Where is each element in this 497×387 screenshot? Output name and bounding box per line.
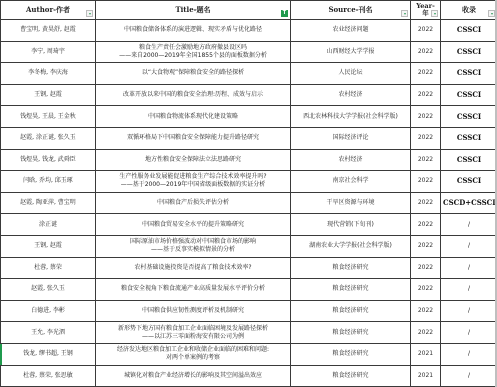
index-filter-button[interactable] xyxy=(488,10,495,17)
cell-year[interactable]: 2022 xyxy=(411,149,441,171)
cell-author[interactable]: 赵霞, 陶亚萍, 曹宝明 xyxy=(1,192,96,214)
cell-source[interactable]: 现代营销(下旬刊) xyxy=(291,214,411,236)
cell-source[interactable]: 粮食经济研究 xyxy=(291,365,411,387)
cell-year[interactable]: 2022 xyxy=(411,171,441,193)
cell-source[interactable]: 粮食经济研究 xyxy=(291,300,411,322)
cell-index[interactable]: / xyxy=(441,322,497,344)
cell-title[interactable]: 改革开放以来中国的粮食安全治理:历程、成效与启示 xyxy=(96,84,291,106)
header-index: 收录 xyxy=(441,1,497,20)
cell-title[interactable]: 中国粮食供应韧性测度评析及机制研究 xyxy=(96,300,291,322)
table-row[interactable]: 钱煜昊, 王晨, 王金秋中国粮食物流体系现代化建设策略西北农林科技大学学报(社会… xyxy=(1,106,497,128)
cell-year[interactable]: 2022 xyxy=(411,106,441,128)
cell-year[interactable]: 2022 xyxy=(411,279,441,301)
cell-author[interactable]: 曹宝明, 黄昊舒, 赵霞 xyxy=(1,20,96,42)
cell-year[interactable]: 2022 xyxy=(411,20,441,42)
cell-source[interactable]: 湖南农业大学学报(社会科学版) xyxy=(291,235,411,257)
title-line: 中国粮食物流体系现代化建设策略 xyxy=(98,113,288,121)
cell-source[interactable]: 粮食经济研究 xyxy=(291,257,411,279)
cell-author[interactable]: 钱龙, 缪书超, 王钢 xyxy=(1,343,96,365)
cell-title[interactable]: 粮食安全视角下粮食流通产业高质量发展水平评价分析 xyxy=(96,279,291,301)
title-line: 新形势下地方国有粮食加工企业面临困境及发展路径探析 xyxy=(98,325,288,333)
table-row[interactable]: 涂正谜中国粮食贸易安全水平的提升策略研究现代营销(下旬刊)2022/ xyxy=(1,214,497,236)
cell-index[interactable]: / xyxy=(441,343,497,365)
cell-index[interactable]: / xyxy=(441,214,497,236)
table-row[interactable]: 曹宝明, 黄昊舒, 赵霞中国粮食储备体系的演进逻辑、现实矛盾与优化路径农业经济问… xyxy=(1,20,497,42)
dropdown-arrow-icon xyxy=(404,13,406,15)
cell-year[interactable]: 2022 xyxy=(411,127,441,149)
cell-title[interactable]: 地方性粮食安全保障法立法思路研究 xyxy=(96,149,291,171)
cell-author[interactable]: 赵霞, 张久玉 xyxy=(1,279,96,301)
cell-title[interactable]: 中国粮食产后损失评估分析 xyxy=(96,192,291,214)
header-title-label: Title-题名 xyxy=(175,5,210,15)
cell-title[interactable]: 中国粮食储备体系的演进逻辑、现实矛盾与优化路径 xyxy=(96,20,291,42)
cell-source[interactable]: 粮食经济研究 xyxy=(291,322,411,344)
cell-author[interactable]: 杜蓉, 蔡荣 xyxy=(1,257,96,279)
title-line: 中国粮食供应韧性测度评析及机制研究 xyxy=(98,307,288,315)
title-line: 经济发达地区粮食加工企业和收储企业面临的困难和问题: xyxy=(98,346,288,354)
cell-author[interactable]: 闫晗, 乔均, 邱玉琢 xyxy=(1,171,96,193)
cell-index[interactable]: / xyxy=(441,300,497,322)
cell-source[interactable]: 农村经济 xyxy=(291,149,411,171)
header-title: Title-题名 T xyxy=(96,1,291,20)
cell-source[interactable]: 山西财经大学学报 xyxy=(291,41,411,63)
title-line: 地方性粮食安全保障法立法思路研究 xyxy=(98,156,288,164)
author-filter-button[interactable] xyxy=(86,10,93,17)
header-index-label: 收录 xyxy=(462,5,476,15)
cell-title[interactable]: 新形势下地方国有粮食加工企业面临困境及发展路径探析——以江苏三零面粉海安有限公司… xyxy=(96,322,291,344)
table-row[interactable]: 王钢, 赵霞国际原油市场价格强波动对中国粮食市场的影响——基于反事实模拟情景的分… xyxy=(1,235,497,257)
header-author: Author-作者 xyxy=(1,1,96,20)
cell-author[interactable]: 王允, 李光泗 xyxy=(1,322,96,344)
title-line: ——来自2000—2019年全国1855个县的面板数据分析 xyxy=(98,52,288,60)
cell-index[interactable]: CSSCI xyxy=(441,20,497,42)
cell-year[interactable]: 2021 xyxy=(411,343,441,365)
cell-author[interactable]: 涂正谜 xyxy=(1,214,96,236)
cell-title[interactable]: 国际原油市场价格强波动对中国粮食市场的影响——基于反事实模拟情景的分析 xyxy=(96,235,291,257)
cell-index[interactable]: CSSCI xyxy=(441,106,497,128)
cell-index[interactable]: CSCD+CSSCI xyxy=(441,192,497,214)
title-line: 中国粮食储备体系的演进逻辑、现实矛盾与优化路径 xyxy=(98,26,288,34)
title-filter-button-active[interactable]: T xyxy=(281,10,288,17)
cell-index[interactable]: CSSCI xyxy=(441,84,497,106)
cell-year[interactable]: 2022 xyxy=(411,322,441,344)
cell-author[interactable]: 赵霞, 涂正谜, 张久玉 xyxy=(1,127,96,149)
cell-year[interactable]: 2022 xyxy=(411,192,441,214)
cell-index[interactable]: / xyxy=(441,257,497,279)
header-year: Year- 年 xyxy=(411,1,441,20)
title-line: ——以江苏三零面粉海安有限公司为例 xyxy=(98,333,288,341)
cell-source[interactable]: 国际经济评论 xyxy=(291,127,411,149)
cell-index[interactable]: CSSCI xyxy=(441,63,497,85)
table-row[interactable]: 钱煜昊, 钱龙, 武舜臣地方性粮食安全保障法立法思路研究农村经济2022CSSC… xyxy=(1,149,497,171)
title-line: 中国粮食产后损失评估分析 xyxy=(98,199,288,207)
table-row[interactable]: 赵霞, 涂正谜, 张久玉双循环格局下中国粮食安全保障能力提升路径研究国际经济评论… xyxy=(1,127,497,149)
cell-title[interactable]: 农村基础设施投资是否提高了粮食技术效率? xyxy=(96,257,291,279)
dropdown-arrow-icon xyxy=(434,13,436,15)
table-row[interactable]: 李冬梅, 李庆海以“大食物观”保障粮食安全的路径探析人民论坛2022CSSCI xyxy=(1,63,497,85)
cell-year[interactable]: 2022 xyxy=(411,300,441,322)
title-line: 城镇化对粮食产业经济增长的影响及其空间溢出效应 xyxy=(98,372,288,380)
cell-year[interactable]: 2022 xyxy=(411,41,441,63)
spreadsheet-sheet: Author-作者 Title-题名 T Source-刊名 Year- 年 xyxy=(0,0,497,387)
cell-index[interactable]: / xyxy=(441,365,497,387)
cell-index[interactable]: CSSCI xyxy=(441,41,497,63)
cell-index[interactable]: CSSCI xyxy=(441,127,497,149)
cell-year[interactable]: 2022 xyxy=(411,257,441,279)
cell-author[interactable]: 白德进, 李彬 xyxy=(1,300,96,322)
table-row[interactable]: 白德进, 李彬中国粮食供应韧性测度评析及机制研究粮食经济研究2022/ xyxy=(1,300,497,322)
cell-source[interactable]: 农业经济问题 xyxy=(291,20,411,42)
cell-year[interactable]: 2022 xyxy=(411,63,441,85)
cell-source[interactable]: 南京社会科学 xyxy=(291,171,411,193)
cell-source[interactable]: 农村经济 xyxy=(291,84,411,106)
header-row: Author-作者 Title-题名 T Source-刊名 Year- 年 xyxy=(1,1,497,20)
source-filter-button[interactable] xyxy=(401,10,408,17)
title-line: 以“大食物观”保障粮食安全的路径探析 xyxy=(98,69,288,77)
header-author-label: Author-作者 xyxy=(26,5,70,15)
table-row[interactable]: 王钢, 赵霞改革开放以来中国的粮食安全治理:历程、成效与启示农村经济2022CS… xyxy=(1,84,497,106)
cell-title[interactable]: 粮食生产责任会激励地方政府撤县设区吗——来自2000—2019年全国1855个县… xyxy=(96,41,291,63)
table-row[interactable]: 杜蓉, 蔡荣, 张思敏城镇化对粮食产业经济增长的影响及其空间溢出效应粮食经济研究… xyxy=(1,365,497,387)
cell-source[interactable]: 干旱区资源与环境 xyxy=(291,192,411,214)
cell-source[interactable]: 人民论坛 xyxy=(291,63,411,85)
cell-index[interactable]: / xyxy=(441,279,497,301)
cell-title[interactable]: 中国粮食物流体系现代化建设策略 xyxy=(96,106,291,128)
literature-table: Author-作者 Title-题名 T Source-刊名 Year- 年 xyxy=(0,0,497,387)
title-line: 改革开放以来中国的粮食安全治理:历程、成效与启示 xyxy=(98,91,288,99)
cell-title[interactable]: 经济发达地区粮食加工企业和收储企业面临的困难和问题:对两个单案例的考察 xyxy=(96,343,291,365)
title-line: 中国粮食贸易安全水平的提升策略研究 xyxy=(98,221,288,229)
cell-title[interactable]: 城镇化对粮食产业经济增长的影响及其空间溢出效应 xyxy=(96,365,291,387)
cell-title[interactable]: 以“大食物观”保障粮食安全的路径探析 xyxy=(96,63,291,85)
cell-author[interactable]: 王钢, 赵霞 xyxy=(1,235,96,257)
title-line: 粮食生产责任会激励地方政府撤县设区吗 xyxy=(98,44,288,52)
title-line: ——基于反事实模拟情景的分析 xyxy=(98,246,288,254)
header-source-label: Source-刊名 xyxy=(328,5,372,15)
filter-funnel-icon: T xyxy=(283,11,286,16)
title-line: ——基于2000—2019年中国省级面板数据的实证分析 xyxy=(98,181,288,189)
cell-year[interactable]: 2022 xyxy=(411,84,441,106)
table-row[interactable]: 王允, 李光泗新形势下地方国有粮食加工企业面临困境及发展路径探析——以江苏三零面… xyxy=(1,322,497,344)
table-row[interactable]: 杜蓉, 蔡荣农村基础设施投资是否提高了粮食技术效率?粮食经济研究2022/ xyxy=(1,257,497,279)
year-filter-button[interactable] xyxy=(431,10,438,17)
title-line: 双循环格局下中国粮食安全保障能力提升路径研究 xyxy=(98,134,288,142)
table-row[interactable]: 闫晗, 乔均, 邱玉琢生产性服务业发展能促进粮食生产综合技术效率提升吗?——基于… xyxy=(1,171,497,193)
table-row[interactable]: 钱龙, 缪书超, 王钢经济发达地区粮食加工企业和收储企业面临的困难和问题:对两个… xyxy=(1,343,497,365)
cell-author[interactable]: 杜蓉, 蔡荣, 张思敏 xyxy=(1,365,96,387)
cell-year[interactable]: 2022 xyxy=(411,214,441,236)
header-source: Source-刊名 xyxy=(291,1,411,20)
table-row[interactable]: 赵霞, 张久玉粮食安全视角下粮食流通产业高质量发展水平评价分析粮食经济研究202… xyxy=(1,279,497,301)
dropdown-arrow-icon xyxy=(491,13,493,15)
cell-author[interactable]: 钱煜昊, 王晨, 王金秋 xyxy=(1,106,96,128)
table-row[interactable]: 赵霞, 陶亚萍, 曹宝明中国粮食产后损失评估分析干旱区资源与环境2022CSCD… xyxy=(1,192,497,214)
cell-index[interactable]: CSSCI xyxy=(441,171,497,193)
title-line: 粮食安全视角下粮食流通产业高质量发展水平评价分析 xyxy=(98,285,288,293)
cell-source[interactable]: 粮食经济研究 xyxy=(291,343,411,365)
table-row[interactable]: 李宁, 周琦宇粮食生产责任会激励地方政府撤县设区吗——来自2000—2019年全… xyxy=(1,41,497,63)
cell-author[interactable]: 李冬梅, 李庆海 xyxy=(1,63,96,85)
cell-index[interactable]: / xyxy=(441,235,497,257)
cell-author[interactable]: 钱煜昊, 钱龙, 武舜臣 xyxy=(1,149,96,171)
selected-row-indicator xyxy=(0,344,2,365)
cell-author[interactable]: 李宁, 周琦宇 xyxy=(1,41,96,63)
cell-year[interactable]: 2021 xyxy=(411,365,441,387)
cell-title[interactable]: 生产性服务业发展能促进粮食生产综合技术效率提升吗?——基于2000—2019年中… xyxy=(96,171,291,193)
cell-source[interactable]: 粮食经济研究 xyxy=(291,279,411,301)
cell-title[interactable]: 双循环格局下中国粮食安全保障能力提升路径研究 xyxy=(96,127,291,149)
dropdown-arrow-icon xyxy=(89,13,91,15)
cell-source[interactable]: 西北农林科技大学学报(社会科学版) xyxy=(291,106,411,128)
cell-author[interactable]: 王钢, 赵霞 xyxy=(1,84,96,106)
cell-index[interactable]: CSSCI xyxy=(441,149,497,171)
title-line: 农村基础设施投资是否提高了粮食技术效率? xyxy=(98,264,288,272)
cell-year[interactable]: 2022 xyxy=(411,235,441,257)
cell-title[interactable]: 中国粮食贸易安全水平的提升策略研究 xyxy=(96,214,291,236)
title-line: 对两个单案例的考察 xyxy=(98,354,288,362)
